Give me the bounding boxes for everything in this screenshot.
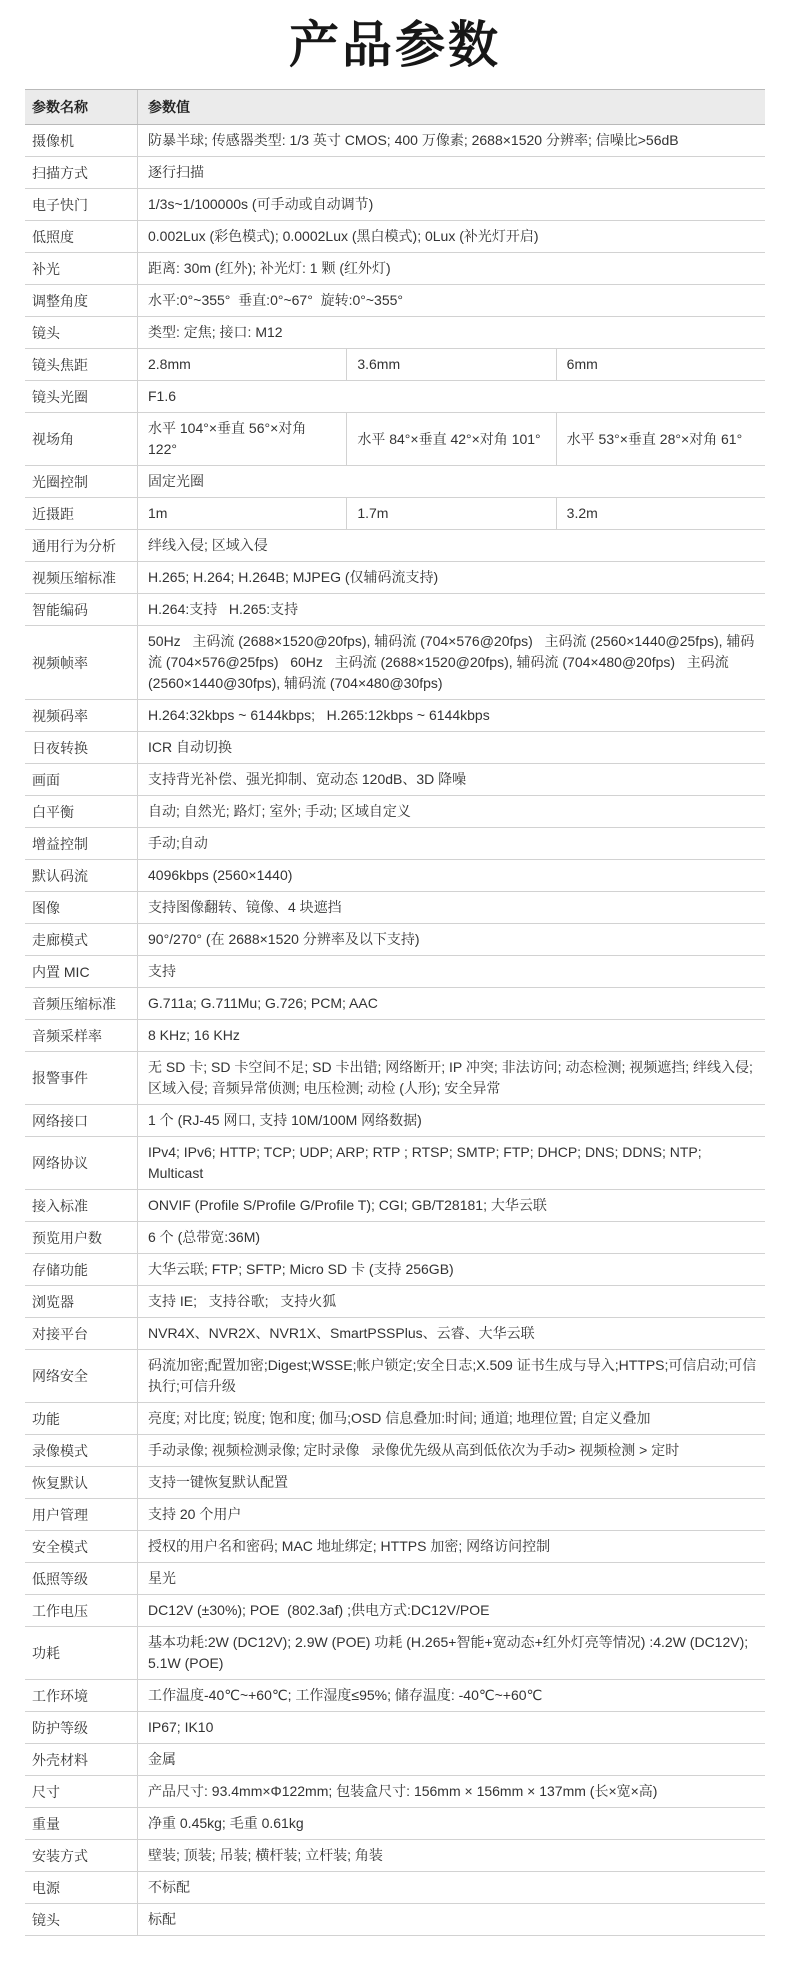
- param-values: IP67; IK10: [137, 1712, 765, 1743]
- param-values: ONVIF (Profile S/Profile G/Profile T); C…: [137, 1190, 765, 1221]
- table-row: 视频压缩标准 H.265; H.264; H.264B; MJPEG (仅辅码流…: [25, 562, 765, 594]
- param-name-cell: 镜头光圈: [25, 381, 137, 412]
- param-name-cell: 光圈控制: [25, 466, 137, 497]
- table-row: 恢复默认 支持一键恢复默认配置: [25, 1467, 765, 1499]
- param-name-cell: 近摄距: [25, 498, 137, 529]
- param-value-cell: 6mm: [556, 349, 765, 380]
- param-value-cell: 支持: [137, 956, 765, 987]
- table-row: 视场角 水平 104°×垂直 56°×对角 122°水平 84°×垂直 42°×…: [25, 413, 765, 466]
- spec-table: 参数名称 参数值 摄像机 防暴半球; 传感器类型: 1/3 英寸 CMOS; 4…: [25, 89, 765, 1936]
- param-value-cell: H.265; H.264; H.264B; MJPEG (仅辅码流支持): [137, 562, 765, 593]
- param-values: 支持图像翻转、镜像、4 块遮挡: [137, 892, 765, 923]
- param-value-cell: 逐行扫描: [137, 157, 765, 188]
- header-param-value: 参数值: [137, 90, 765, 124]
- param-values: 大华云联; FTP; SFTP; Micro SD 卡 (支持 256GB): [137, 1254, 765, 1285]
- table-row: 功耗 基本功耗:2W (DC12V); 2.9W (POE) 功耗 (H.265…: [25, 1627, 765, 1680]
- param-values: 1m1.7m3.2m: [137, 498, 765, 529]
- param-value-cell: 1 个 (RJ-45 网口, 支持 10M/100M 网络数据): [137, 1105, 765, 1136]
- table-row: 镜头 类型: 定焦; 接口: M12: [25, 317, 765, 349]
- param-values: 星光: [137, 1563, 765, 1594]
- table-row: 白平衡 自动; 自然光; 路灯; 室外; 手动; 区域自定义: [25, 796, 765, 828]
- param-values: 自动; 自然光; 路灯; 室外; 手动; 区域自定义: [137, 796, 765, 827]
- param-values: 码流加密;配置加密;Digest;WSSE;帐户锁定;安全日志;X.509 证书…: [137, 1350, 765, 1402]
- table-row: 通用行为分析 绊线入侵; 区域入侵: [25, 530, 765, 562]
- param-value-cell: 水平 84°×垂直 42°×对角 101°: [346, 413, 555, 465]
- param-value-cell: 0.002Lux (彩色模式); 0.0002Lux (黑白模式); 0Lux …: [137, 221, 765, 252]
- table-row: 尺寸 产品尺寸: 93.4mm×Φ122mm; 包装盒尺寸: 156mm × 1…: [25, 1776, 765, 1808]
- param-name-cell: 低照等级: [25, 1563, 137, 1594]
- table-row: 网络协议 IPv4; IPv6; HTTP; TCP; UDP; ARP; RT…: [25, 1137, 765, 1190]
- param-value-cell: 无 SD 卡; SD 卡空间不足; SD 卡出错; 网络断开; IP 冲突; 非…: [137, 1052, 765, 1104]
- table-row: 内置 MIC 支持: [25, 956, 765, 988]
- param-value-cell: ICR 自动切换: [137, 732, 765, 763]
- param-value-cell: 支持图像翻转、镜像、4 块遮挡: [137, 892, 765, 923]
- param-values: IPv4; IPv6; HTTP; TCP; UDP; ARP; RTP ; R…: [137, 1137, 765, 1189]
- table-row: 预览用户数 6 个 (总带宽:36M): [25, 1222, 765, 1254]
- table-row: 安全模式 授权的用户名和密码; MAC 地址绑定; HTTPS 加密; 网络访问…: [25, 1531, 765, 1563]
- param-name-cell: 智能编码: [25, 594, 137, 625]
- table-row: 镜头焦距 2.8mm3.6mm6mm: [25, 349, 765, 381]
- param-values: 绊线入侵; 区域入侵: [137, 530, 765, 561]
- table-row: 外壳材料 金属: [25, 1744, 765, 1776]
- param-value-cell: 星光: [137, 1563, 765, 1594]
- table-row: 录像模式 手动录像; 视频检测录像; 定时录像 录像优先级从高到低依次为手动> …: [25, 1435, 765, 1467]
- param-name-cell: 内置 MIC: [25, 956, 137, 987]
- param-values: 2.8mm3.6mm6mm: [137, 349, 765, 380]
- param-values: 支持: [137, 956, 765, 987]
- param-values: 手动;自动: [137, 828, 765, 859]
- param-name-cell: 接入标准: [25, 1190, 137, 1221]
- param-name-cell: 通用行为分析: [25, 530, 137, 561]
- table-row: 电源 不标配: [25, 1872, 765, 1904]
- param-value-cell: 3.2m: [556, 498, 765, 529]
- table-row: 补光 距离: 30m (红外); 补光灯: 1 颗 (红外灯): [25, 253, 765, 285]
- param-value-cell: 支持 20 个用户: [137, 1499, 765, 1530]
- param-value-cell: 不标配: [137, 1872, 765, 1903]
- param-name-cell: 图像: [25, 892, 137, 923]
- param-name-cell: 外壳材料: [25, 1744, 137, 1775]
- param-value-cell: IPv4; IPv6; HTTP; TCP; UDP; ARP; RTP ; R…: [137, 1137, 765, 1189]
- param-name-cell: 白平衡: [25, 796, 137, 827]
- param-name-cell: 画面: [25, 764, 137, 795]
- param-value-cell: F1.6: [137, 381, 765, 412]
- table-row: 默认码流 4096kbps (2560×1440): [25, 860, 765, 892]
- param-values: 6 个 (总带宽:36M): [137, 1222, 765, 1253]
- param-values: 防暴半球; 传感器类型: 1/3 英寸 CMOS; 400 万像素; 2688×…: [137, 125, 765, 156]
- product-spec-page: 产品参数 参数名称 参数值 摄像机 防暴半球; 传感器类型: 1/3 英寸 CM…: [0, 0, 790, 1936]
- header-param-name: 参数名称: [25, 90, 137, 124]
- param-value-cell: 码流加密;配置加密;Digest;WSSE;帐户锁定;安全日志;X.509 证书…: [137, 1350, 765, 1402]
- table-row: 接入标准 ONVIF (Profile S/Profile G/Profile …: [25, 1190, 765, 1222]
- param-name-cell: 录像模式: [25, 1435, 137, 1466]
- param-name-cell: 镜头焦距: [25, 349, 137, 380]
- param-values: 基本功耗:2W (DC12V); 2.9W (POE) 功耗 (H.265+智能…: [137, 1627, 765, 1679]
- param-value-cell: 大华云联; FTP; SFTP; Micro SD 卡 (支持 256GB): [137, 1254, 765, 1285]
- param-value-cell: 1.7m: [346, 498, 555, 529]
- param-name-cell: 补光: [25, 253, 137, 284]
- param-value-cell: ONVIF (Profile S/Profile G/Profile T); C…: [137, 1190, 765, 1221]
- param-name-cell: 工作环境: [25, 1680, 137, 1711]
- param-value-cell: 水平:0°~355° 垂直:0°~67° 旋转:0°~355°: [137, 285, 765, 316]
- param-values: H.265; H.264; H.264B; MJPEG (仅辅码流支持): [137, 562, 765, 593]
- param-values: 支持 IE; 支持谷歌; 支持火狐: [137, 1286, 765, 1317]
- param-name-cell: 镜头: [25, 317, 137, 348]
- param-value-cell: 水平 53°×垂直 28°×对角 61°: [556, 413, 765, 465]
- table-row: 光圈控制 固定光圈: [25, 466, 765, 498]
- param-name-cell: 存储功能: [25, 1254, 137, 1285]
- param-name-cell: 功能: [25, 1403, 137, 1434]
- param-name-cell: 工作电压: [25, 1595, 137, 1626]
- param-name-cell: 预览用户数: [25, 1222, 137, 1253]
- param-values: 1 个 (RJ-45 网口, 支持 10M/100M 网络数据): [137, 1105, 765, 1136]
- param-value-cell: DC12V (±30%); POE (802.3af) ;供电方式:DC12V/…: [137, 1595, 765, 1626]
- table-row: 摄像机 防暴半球; 传感器类型: 1/3 英寸 CMOS; 400 万像素; 2…: [25, 125, 765, 157]
- table-row: 用户管理 支持 20 个用户: [25, 1499, 765, 1531]
- param-value-cell: 工作温度-40℃~+60℃; 工作湿度≤95%; 储存温度: -40℃~+60℃: [137, 1680, 765, 1711]
- param-values: 净重 0.45kg; 毛重 0.61kg: [137, 1808, 765, 1839]
- param-values: 水平 104°×垂直 56°×对角 122°水平 84°×垂直 42°×对角 1…: [137, 413, 765, 465]
- param-name-cell: 扫描方式: [25, 157, 137, 188]
- param-values: 不标配: [137, 1872, 765, 1903]
- param-value-cell: 固定光圈: [137, 466, 765, 497]
- param-value-cell: 类型: 定焦; 接口: M12: [137, 317, 765, 348]
- param-name-cell: 电子快门: [25, 189, 137, 220]
- table-row: 防护等级 IP67; IK10: [25, 1712, 765, 1744]
- param-name-cell: 网络接口: [25, 1105, 137, 1136]
- param-value-cell: 4096kbps (2560×1440): [137, 860, 765, 891]
- table-row: 扫描方式 逐行扫描: [25, 157, 765, 189]
- param-values: H.264:支持 H.265:支持: [137, 594, 765, 625]
- param-value-cell: 授权的用户名和密码; MAC 地址绑定; HTTPS 加密; 网络访问控制: [137, 1531, 765, 1562]
- param-values: 支持一键恢复默认配置: [137, 1467, 765, 1498]
- param-value-cell: 壁装; 顶装; 吊装; 横杆装; 立杆装; 角装: [137, 1840, 765, 1871]
- param-values: 支持背光补偿、强光抑制、宽动态 120dB、3D 降噪: [137, 764, 765, 795]
- param-value-cell: 支持一键恢复默认配置: [137, 1467, 765, 1498]
- param-name-cell: 视场角: [25, 413, 137, 465]
- table-row: 调整角度 水平:0°~355° 垂直:0°~67° 旋转:0°~355°: [25, 285, 765, 317]
- param-value-cell: 距离: 30m (红外); 补光灯: 1 颗 (红外灯): [137, 253, 765, 284]
- table-row: 音频采样率 8 KHz; 16 KHz: [25, 1020, 765, 1052]
- param-value-cell: 亮度; 对比度; 锐度; 饱和度; 伽马;OSD 信息叠加:时间; 通道; 地理…: [137, 1403, 765, 1434]
- param-value-cell: 手动;自动: [137, 828, 765, 859]
- param-value-cell: 水平 104°×垂直 56°×对角 122°: [137, 413, 346, 465]
- table-row: 视频帧率 50Hz 主码流 (2688×1520@20fps), 辅码流 (70…: [25, 626, 765, 700]
- param-values: 标配: [137, 1904, 765, 1935]
- param-name-cell: 音频压缩标准: [25, 988, 137, 1019]
- param-values: 工作温度-40℃~+60℃; 工作湿度≤95%; 储存温度: -40℃~+60℃: [137, 1680, 765, 1711]
- param-name-cell: 音频采样率: [25, 1020, 137, 1051]
- param-value-cell: 50Hz 主码流 (2688×1520@20fps), 辅码流 (704×576…: [137, 626, 765, 699]
- param-name-cell: 对接平台: [25, 1318, 137, 1349]
- param-value-cell: 1m: [137, 498, 346, 529]
- param-name-cell: 安装方式: [25, 1840, 137, 1871]
- param-name-cell: 镜头: [25, 1904, 137, 1935]
- param-values: 水平:0°~355° 垂直:0°~67° 旋转:0°~355°: [137, 285, 765, 316]
- param-value-cell: 绊线入侵; 区域入侵: [137, 530, 765, 561]
- param-name-cell: 重量: [25, 1808, 137, 1839]
- page-title: 产品参数: [0, 0, 790, 89]
- param-value-cell: H.264:32kbps ~ 6144kbps; H.265:12kbps ~ …: [137, 700, 765, 731]
- param-name-cell: 功耗: [25, 1627, 137, 1679]
- param-name-cell: 恢复默认: [25, 1467, 137, 1498]
- param-value-cell: 标配: [137, 1904, 765, 1935]
- param-values: 授权的用户名和密码; MAC 地址绑定; HTTPS 加密; 网络访问控制: [137, 1531, 765, 1562]
- param-name-cell: 视频帧率: [25, 626, 137, 699]
- table-row: 镜头 标配: [25, 1904, 765, 1936]
- table-row: 智能编码 H.264:支持 H.265:支持: [25, 594, 765, 626]
- param-values: 8 KHz; 16 KHz: [137, 1020, 765, 1051]
- param-name-cell: 摄像机: [25, 125, 137, 156]
- param-name-cell: 走廊模式: [25, 924, 137, 955]
- param-value-cell: 1/3s~1/100000s (可手动或自动调节): [137, 189, 765, 220]
- param-values: G.711a; G.711Mu; G.726; PCM; AAC: [137, 988, 765, 1019]
- param-values: DC12V (±30%); POE (802.3af) ;供电方式:DC12V/…: [137, 1595, 765, 1626]
- table-row: 电子快门 1/3s~1/100000s (可手动或自动调节): [25, 189, 765, 221]
- table-row: 存储功能 大华云联; FTP; SFTP; Micro SD 卡 (支持 256…: [25, 1254, 765, 1286]
- param-name-cell: 用户管理: [25, 1499, 137, 1530]
- param-value-cell: H.264:支持 H.265:支持: [137, 594, 765, 625]
- param-values: 类型: 定焦; 接口: M12: [137, 317, 765, 348]
- param-name-cell: 安全模式: [25, 1531, 137, 1562]
- param-values: F1.6: [137, 381, 765, 412]
- param-value-cell: 3.6mm: [346, 349, 555, 380]
- param-name-cell: 默认码流: [25, 860, 137, 891]
- param-value-cell: 产品尺寸: 93.4mm×Φ122mm; 包装盒尺寸: 156mm × 156m…: [137, 1776, 765, 1807]
- table-row: 日夜转换 ICR 自动切换: [25, 732, 765, 764]
- param-value-cell: IP67; IK10: [137, 1712, 765, 1743]
- table-row: 近摄距 1m1.7m3.2m: [25, 498, 765, 530]
- param-values: 壁装; 顶装; 吊装; 横杆装; 立杆装; 角装: [137, 1840, 765, 1871]
- param-value-cell: 6 个 (总带宽:36M): [137, 1222, 765, 1253]
- table-row: 增益控制 手动;自动: [25, 828, 765, 860]
- param-name-cell: 防护等级: [25, 1712, 137, 1743]
- table-row: 报警事件 无 SD 卡; SD 卡空间不足; SD 卡出错; 网络断开; IP …: [25, 1052, 765, 1105]
- table-row: 走廊模式 90°/270° (在 2688×1520 分辨率及以下支持): [25, 924, 765, 956]
- param-values: 支持 20 个用户: [137, 1499, 765, 1530]
- table-row: 功能 亮度; 对比度; 锐度; 饱和度; 伽马;OSD 信息叠加:时间; 通道;…: [25, 1403, 765, 1435]
- param-value-cell: 自动; 自然光; 路灯; 室外; 手动; 区域自定义: [137, 796, 765, 827]
- param-values: 手动录像; 视频检测录像; 定时录像 录像优先级从高到低依次为手动> 视频检测 …: [137, 1435, 765, 1466]
- table-row: 工作电压 DC12V (±30%); POE (802.3af) ;供电方式:D…: [25, 1595, 765, 1627]
- param-values: 1/3s~1/100000s (可手动或自动调节): [137, 189, 765, 220]
- param-values: NVR4X、NVR2X、NVR1X、SmartPSSPlus、云睿、大华云联: [137, 1318, 765, 1349]
- param-values: 0.002Lux (彩色模式); 0.0002Lux (黑白模式); 0Lux …: [137, 221, 765, 252]
- param-values: H.264:32kbps ~ 6144kbps; H.265:12kbps ~ …: [137, 700, 765, 731]
- param-value-cell: 基本功耗:2W (DC12V); 2.9W (POE) 功耗 (H.265+智能…: [137, 1627, 765, 1679]
- param-values: 4096kbps (2560×1440): [137, 860, 765, 891]
- table-row: 网络安全 码流加密;配置加密;Digest;WSSE;帐户锁定;安全日志;X.5…: [25, 1350, 765, 1403]
- param-values: 50Hz 主码流 (2688×1520@20fps), 辅码流 (704×576…: [137, 626, 765, 699]
- param-values: ICR 自动切换: [137, 732, 765, 763]
- param-value-cell: 支持背光补偿、强光抑制、宽动态 120dB、3D 降噪: [137, 764, 765, 795]
- param-value-cell: 90°/270° (在 2688×1520 分辨率及以下支持): [137, 924, 765, 955]
- param-name-cell: 视频压缩标准: [25, 562, 137, 593]
- table-row: 浏览器 支持 IE; 支持谷歌; 支持火狐: [25, 1286, 765, 1318]
- table-row: 图像 支持图像翻转、镜像、4 块遮挡: [25, 892, 765, 924]
- param-name-cell: 低照度: [25, 221, 137, 252]
- param-name-cell: 电源: [25, 1872, 137, 1903]
- param-value-cell: NVR4X、NVR2X、NVR1X、SmartPSSPlus、云睿、大华云联: [137, 1318, 765, 1349]
- param-value-cell: 防暴半球; 传感器类型: 1/3 英寸 CMOS; 400 万像素; 2688×…: [137, 125, 765, 156]
- table-row: 工作环境 工作温度-40℃~+60℃; 工作湿度≤95%; 储存温度: -40℃…: [25, 1680, 765, 1712]
- param-value-cell: 8 KHz; 16 KHz: [137, 1020, 765, 1051]
- param-values: 无 SD 卡; SD 卡空间不足; SD 卡出错; 网络断开; IP 冲突; 非…: [137, 1052, 765, 1104]
- param-values: 逐行扫描: [137, 157, 765, 188]
- param-value-cell: 支持 IE; 支持谷歌; 支持火狐: [137, 1286, 765, 1317]
- param-values: 固定光圈: [137, 466, 765, 497]
- param-value-cell: G.711a; G.711Mu; G.726; PCM; AAC: [137, 988, 765, 1019]
- param-name-cell: 网络安全: [25, 1350, 137, 1402]
- table-row: 重量 净重 0.45kg; 毛重 0.61kg: [25, 1808, 765, 1840]
- param-value-cell: 2.8mm: [137, 349, 346, 380]
- table-row: 安装方式 壁装; 顶装; 吊装; 横杆装; 立杆装; 角装: [25, 1840, 765, 1872]
- table-row: 镜头光圈 F1.6: [25, 381, 765, 413]
- param-name-cell: 调整角度: [25, 285, 137, 316]
- param-name-cell: 网络协议: [25, 1137, 137, 1189]
- param-values: 距离: 30m (红外); 补光灯: 1 颗 (红外灯): [137, 253, 765, 284]
- param-value-cell: 净重 0.45kg; 毛重 0.61kg: [137, 1808, 765, 1839]
- table-row: 画面 支持背光补偿、强光抑制、宽动态 120dB、3D 降噪: [25, 764, 765, 796]
- param-values: 90°/270° (在 2688×1520 分辨率及以下支持): [137, 924, 765, 955]
- table-row: 低照度 0.002Lux (彩色模式); 0.0002Lux (黑白模式); 0…: [25, 221, 765, 253]
- param-name-cell: 浏览器: [25, 1286, 137, 1317]
- param-name-cell: 视频码率: [25, 700, 137, 731]
- table-row: 视频码率 H.264:32kbps ~ 6144kbps; H.265:12kb…: [25, 700, 765, 732]
- param-value-cell: 金属: [137, 1744, 765, 1775]
- param-values: 金属: [137, 1744, 765, 1775]
- table-row: 对接平台 NVR4X、NVR2X、NVR1X、SmartPSSPlus、云睿、大…: [25, 1318, 765, 1350]
- param-name-cell: 日夜转换: [25, 732, 137, 763]
- table-body: 摄像机 防暴半球; 传感器类型: 1/3 英寸 CMOS; 400 万像素; 2…: [25, 125, 765, 1936]
- table-row: 音频压缩标准 G.711a; G.711Mu; G.726; PCM; AAC: [25, 988, 765, 1020]
- param-name-cell: 增益控制: [25, 828, 137, 859]
- table-row: 低照等级 星光: [25, 1563, 765, 1595]
- table-header-row: 参数名称 参数值: [25, 90, 765, 125]
- param-name-cell: 报警事件: [25, 1052, 137, 1104]
- param-values: 产品尺寸: 93.4mm×Φ122mm; 包装盒尺寸: 156mm × 156m…: [137, 1776, 765, 1807]
- param-name-cell: 尺寸: [25, 1776, 137, 1807]
- table-row: 网络接口 1 个 (RJ-45 网口, 支持 10M/100M 网络数据): [25, 1105, 765, 1137]
- param-value-cell: 手动录像; 视频检测录像; 定时录像 录像优先级从高到低依次为手动> 视频检测 …: [137, 1435, 765, 1466]
- param-values: 亮度; 对比度; 锐度; 饱和度; 伽马;OSD 信息叠加:时间; 通道; 地理…: [137, 1403, 765, 1434]
